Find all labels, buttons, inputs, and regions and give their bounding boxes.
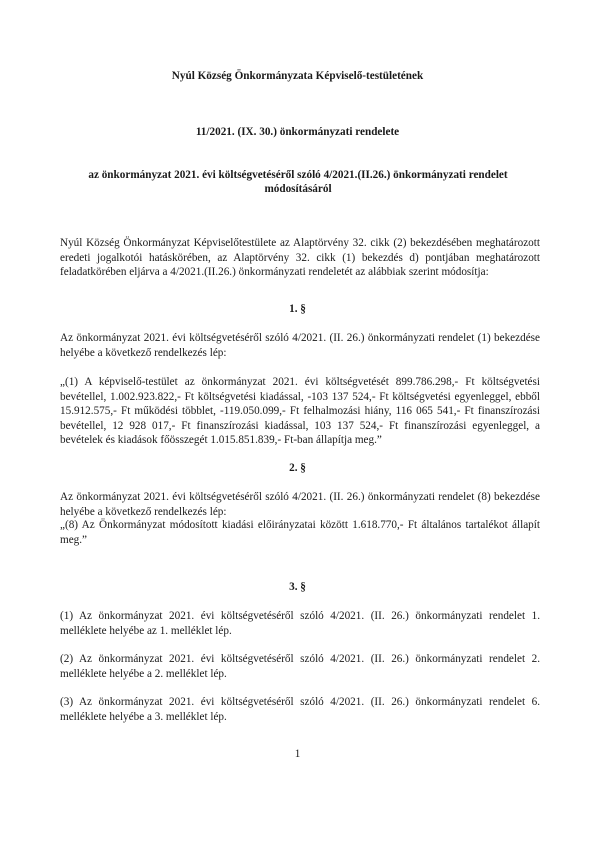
section-3-paragraph-1: (1) Az önkormányzat 2021. évi költségvet… — [60, 609, 540, 638]
section-3-paragraph-2: (2) Az önkormányzat 2021. évi költségvet… — [60, 652, 540, 681]
preamble-paragraph: Nyúl Község Önkormányzat Képviselőtestül… — [60, 236, 540, 280]
section-2-text: Az önkormányzat 2021. évi költségvetésér… — [60, 490, 540, 519]
section-3-paragraph-3: (3) Az önkormányzat 2021. évi költségvet… — [60, 695, 540, 724]
section-1-quote: „(1) A képviselő-testület az önkormányza… — [60, 375, 540, 448]
section-1-text: Az önkormányzat 2021. évi költségvetésér… — [60, 331, 540, 360]
section-1-heading: 1. § — [0, 303, 595, 315]
decree-subject-title: az önkormányzat 2021. évi költségvetésér… — [88, 168, 508, 196]
section-2-heading: 2. § — [0, 462, 595, 474]
document-page: Nyúl Község Önkormányzata Képviselő-test… — [0, 0, 595, 842]
issuing-body-title: Nyúl Község Önkormányzata Képviselő-test… — [0, 70, 595, 82]
section-3-heading: 3. § — [0, 581, 595, 593]
section-2-quote: „(8) Az Önkormányzat módosított kiadási … — [60, 518, 540, 547]
decree-number-title: 11/2021. (IX. 30.) önkormányzati rendele… — [0, 126, 595, 138]
page-number: 1 — [0, 748, 595, 760]
